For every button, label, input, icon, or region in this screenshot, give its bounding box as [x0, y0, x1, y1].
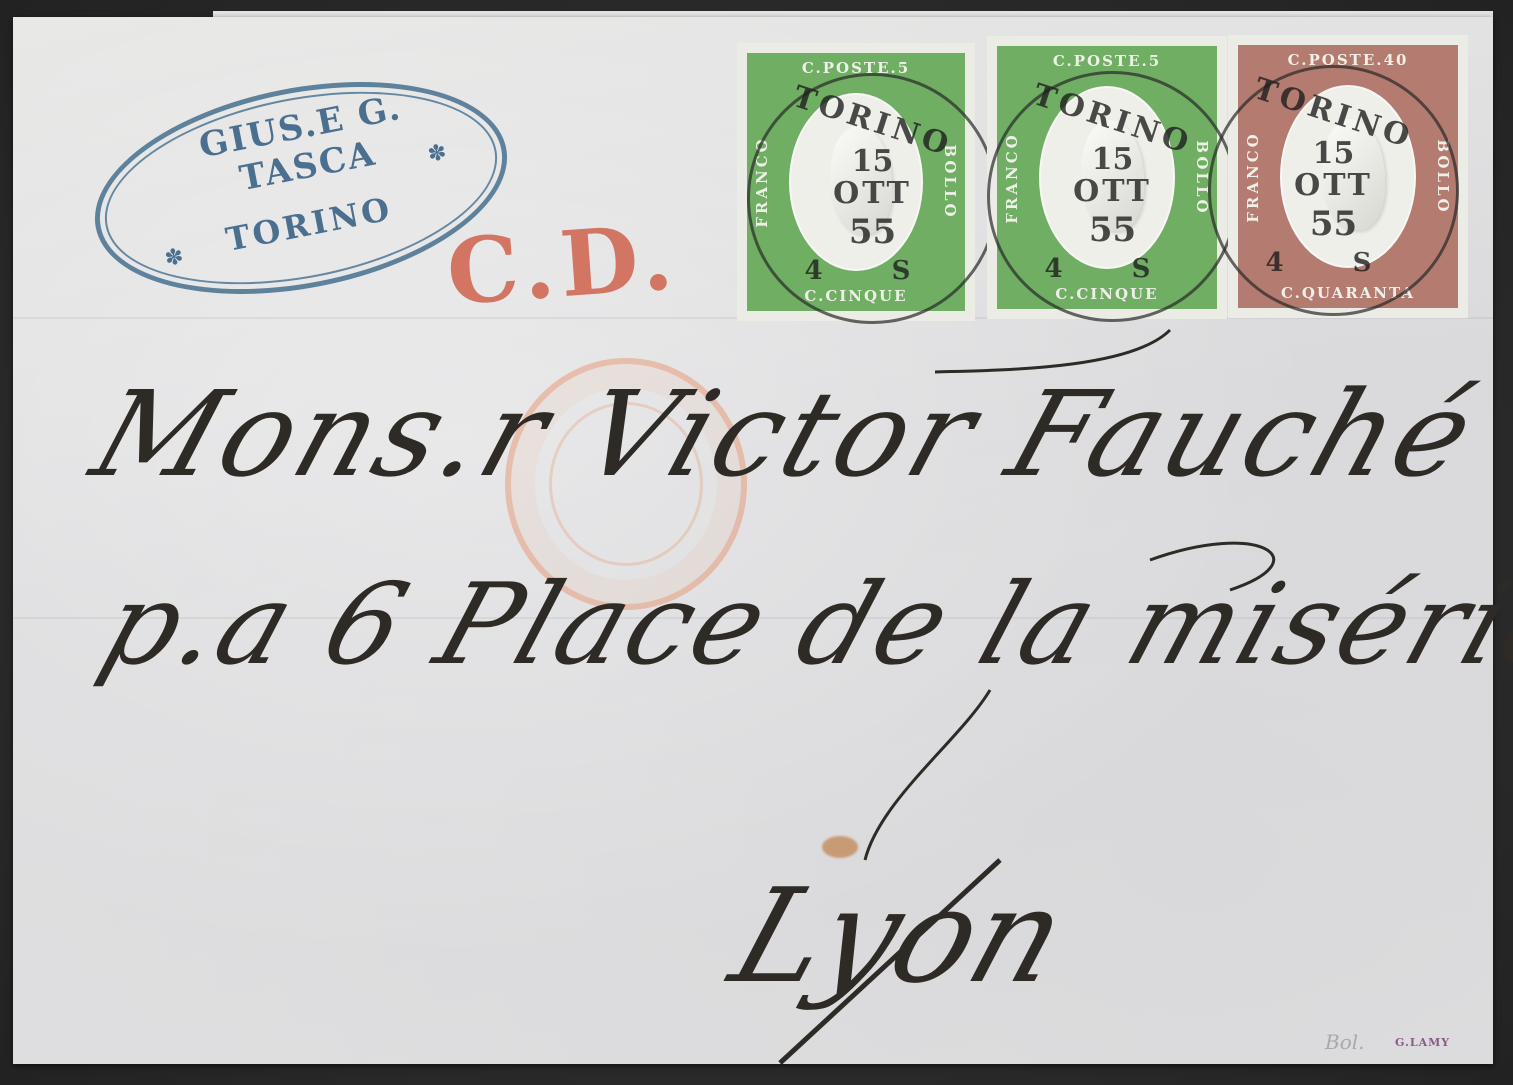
expert-signature: Bol.: [1325, 1030, 1365, 1054]
expert-guarantee-stamp: G.LAMY: [1395, 1036, 1450, 1049]
ink-blot: [822, 836, 858, 858]
handwriting-flourishes: [0, 0, 1513, 1085]
